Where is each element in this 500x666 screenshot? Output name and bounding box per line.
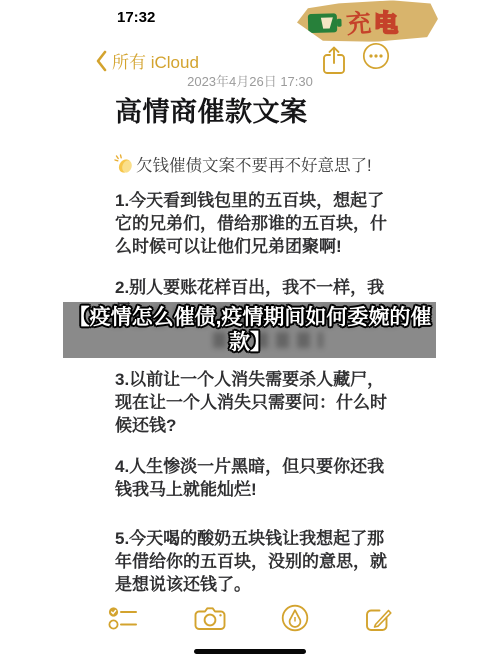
note-date: 2023年4月26日 17:30	[0, 71, 500, 90]
notes-app-screen: 17:32 充 电 所有 iCloud	[0, 0, 500, 666]
note-item: 5.今天喝的酸奶五块钱让我想起了那年借给你的五百块，没别的意思，就是想说该还钱了…	[115, 527, 399, 596]
markup-icon	[281, 619, 309, 636]
note-item: 4.人生惨淡一片黑暗，但只要你还我钱我马上就能灿烂!	[115, 455, 399, 501]
camera-icon	[194, 618, 226, 635]
sticker-char-dian: 电	[374, 3, 398, 38]
back-button[interactable]: 所有 iCloud	[95, 48, 199, 73]
note-body: 1.今天看到钱包里的五百块，想起了它的兄弟们，借给那谁的五百块，什么时候可以让他…	[115, 189, 399, 614]
note-item: 3.以前让一个人消失需要杀人藏尸，现在让一个人消失只需要问：什么时候还钱?	[115, 368, 399, 437]
battery-charging-icon	[307, 10, 344, 35]
note-item: 1.今天看到钱包里的五百块，想起了它的兄弟们，借给那谁的五百块，什么时候可以让他…	[115, 189, 399, 258]
charging-sticker: 充 电	[296, 0, 438, 44]
compose-icon	[365, 619, 392, 636]
note-intro-text: 欠钱催债文案不要再不好意思了!	[136, 152, 372, 176]
overlay-caption: 【疫情怎么催债,疫情期间如何委婉的催款】	[55, 300, 445, 360]
clapping-hands-icon	[114, 154, 134, 174]
note-intro-line: 欠钱催债文案不要再不好意思了!	[114, 152, 372, 176]
status-bar-time: 17:32	[117, 9, 155, 26]
back-button-label: 所有 iCloud	[112, 48, 199, 73]
checklist-icon	[108, 619, 138, 636]
more-button[interactable]	[362, 42, 390, 70]
sticker-char-chong: 充	[345, 3, 373, 41]
home-indicator[interactable]	[194, 649, 306, 654]
note-title: 高情商催款文案	[115, 90, 308, 129]
chevron-left-icon	[95, 50, 107, 72]
